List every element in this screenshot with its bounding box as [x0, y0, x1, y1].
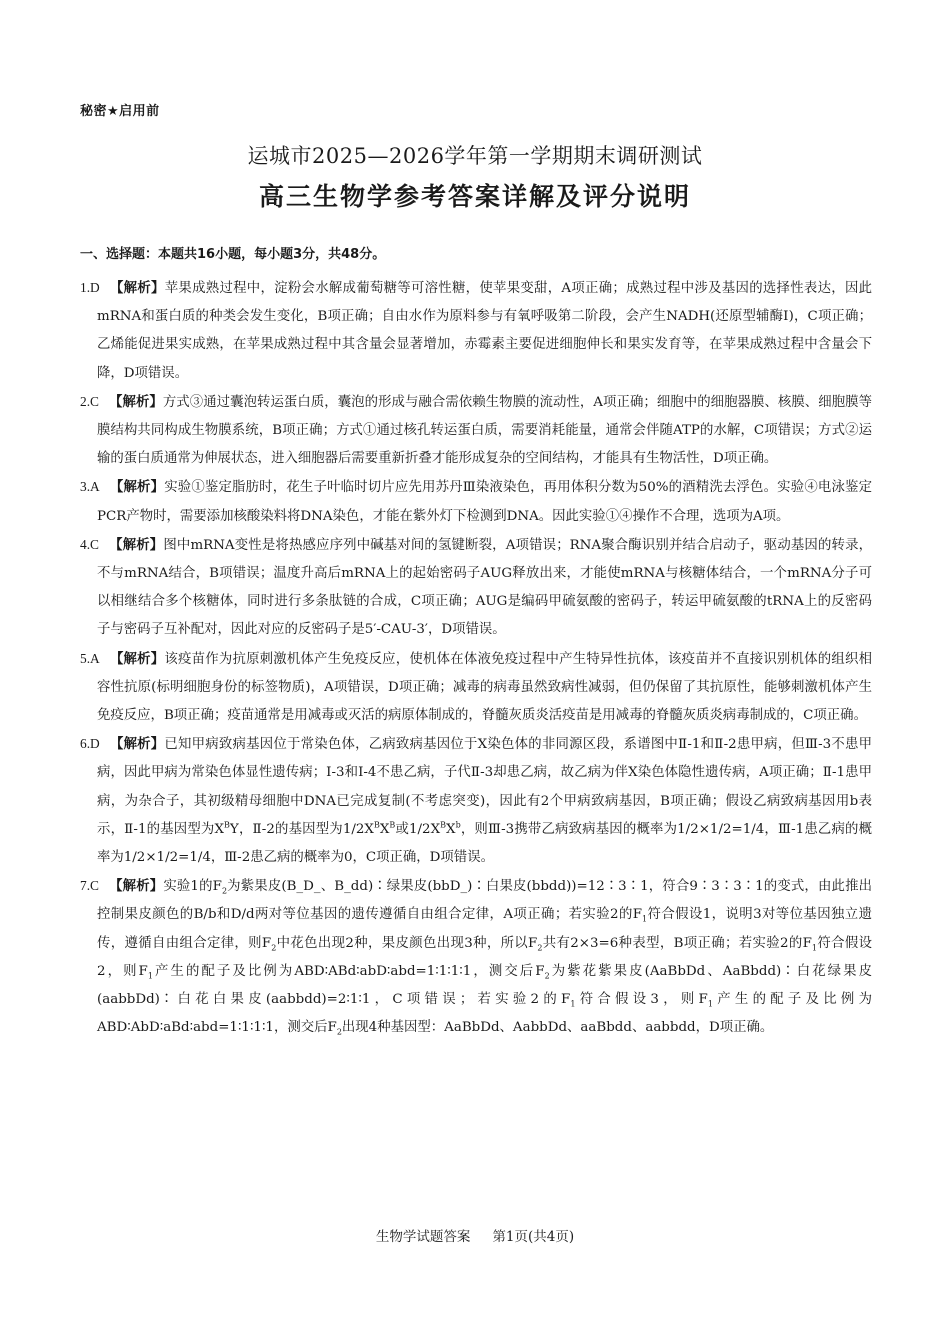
answer-number: 3.A — [80, 479, 100, 494]
page-footer: 生物学试题答案第1页(共4页) — [0, 1225, 950, 1245]
section-heading: 一、选择题：本题共16小题，每小题3分，共48分。 — [80, 243, 385, 262]
answer-explanation: 实验①鉴定脂肪时，花生子叶临时切片应先用苏丹Ⅲ染液染色，再用体积分数为50%的酒… — [97, 480, 872, 523]
answer-number: 7.C — [80, 878, 99, 893]
answer-number: 4.C — [80, 537, 99, 552]
analysis-label: 【解析】 — [109, 879, 163, 894]
answer-item: 5.A【解析】该疫苗作为抗原刺激机体产生免疫反应，使机体在体液免疫过程中产生特异… — [80, 645, 872, 731]
answer-explanation: 实验1的F2为紫果皮(B_D_、B_dd)∶绿果皮(bbD_)∶白果皮(bbdd… — [97, 879, 872, 1035]
analysis-label: 【解析】 — [109, 538, 163, 553]
answer-list: 1.D【解析】苹果成熟过程中，淀粉会水解成葡萄糖等可溶性糖，使苹果变甜，A项正确… — [80, 274, 872, 1042]
answer-item: 6.D【解析】已知甲病致病基因位于常染色体，乙病致病基因位于X染色体的非同源区段… — [80, 730, 872, 872]
analysis-label: 【解析】 — [109, 395, 163, 410]
answer-explanation: 方式③通过囊泡转运蛋白质，囊泡的形成与融合需依赖生物膜的流动性，A项正确；细胞中… — [97, 395, 872, 466]
answer-explanation: 该疫苗作为抗原刺激机体产生免疫反应，使机体在体液免疫过程中产生特异性抗体，该疫苗… — [97, 652, 872, 723]
answer-number: 1.D — [80, 280, 100, 295]
document-page: 秘密★启用前 运城市2025—2026学年第一学期期末调研测试 高三生物学参考答… — [0, 0, 950, 1333]
footer-subject: 生物学试题答案 — [376, 1229, 471, 1245]
page-number: 第1页(共4页) — [492, 1229, 574, 1245]
answer-number: 6.D — [80, 736, 100, 751]
answer-explanation: 苹果成熟过程中，淀粉会水解成葡萄糖等可溶性糖，使苹果变甜，A项正确；成熟过程中涉… — [97, 281, 872, 381]
analysis-label: 【解析】 — [110, 281, 165, 296]
answer-number: 2.C — [80, 394, 99, 409]
answer-item: 1.D【解析】苹果成熟过程中，淀粉会水解成葡萄糖等可溶性糖，使苹果变甜，A项正确… — [80, 274, 872, 388]
document-title: 高三生物学参考答案详解及评分说明 — [0, 177, 950, 213]
answer-item: 3.A【解析】实验①鉴定脂肪时，花生子叶临时切片应先用苏丹Ⅲ染液染色，再用体积分… — [80, 473, 872, 530]
answer-explanation: 已知甲病致病基因位于常染色体，乙病致病基因位于X染色体的非同源区段，系谱图中Ⅱ-… — [97, 737, 872, 865]
confidential-label: 秘密★启用前 — [80, 100, 160, 119]
answer-number: 5.A — [80, 651, 100, 666]
analysis-label: 【解析】 — [110, 480, 164, 495]
answer-item: 4.C【解析】图中mRNA变性是将热感应序列中碱基对间的氢键断裂，A项错误；RN… — [80, 531, 872, 645]
analysis-label: 【解析】 — [110, 652, 165, 667]
exam-title: 运城市2025—2026学年第一学期期末调研测试 — [0, 140, 950, 170]
answer-item: 2.C【解析】方式③通过囊泡转运蛋白质，囊泡的形成与融合需依赖生物膜的流动性，A… — [80, 388, 872, 474]
answer-explanation: 图中mRNA变性是将热感应序列中碱基对间的氢键断裂，A项错误；RNA聚合酶识别并… — [97, 538, 872, 638]
answer-item: 7.C【解析】实验1的F2为紫果皮(B_D_、B_dd)∶绿果皮(bbD_)∶白… — [80, 872, 872, 1042]
analysis-label: 【解析】 — [110, 737, 165, 752]
